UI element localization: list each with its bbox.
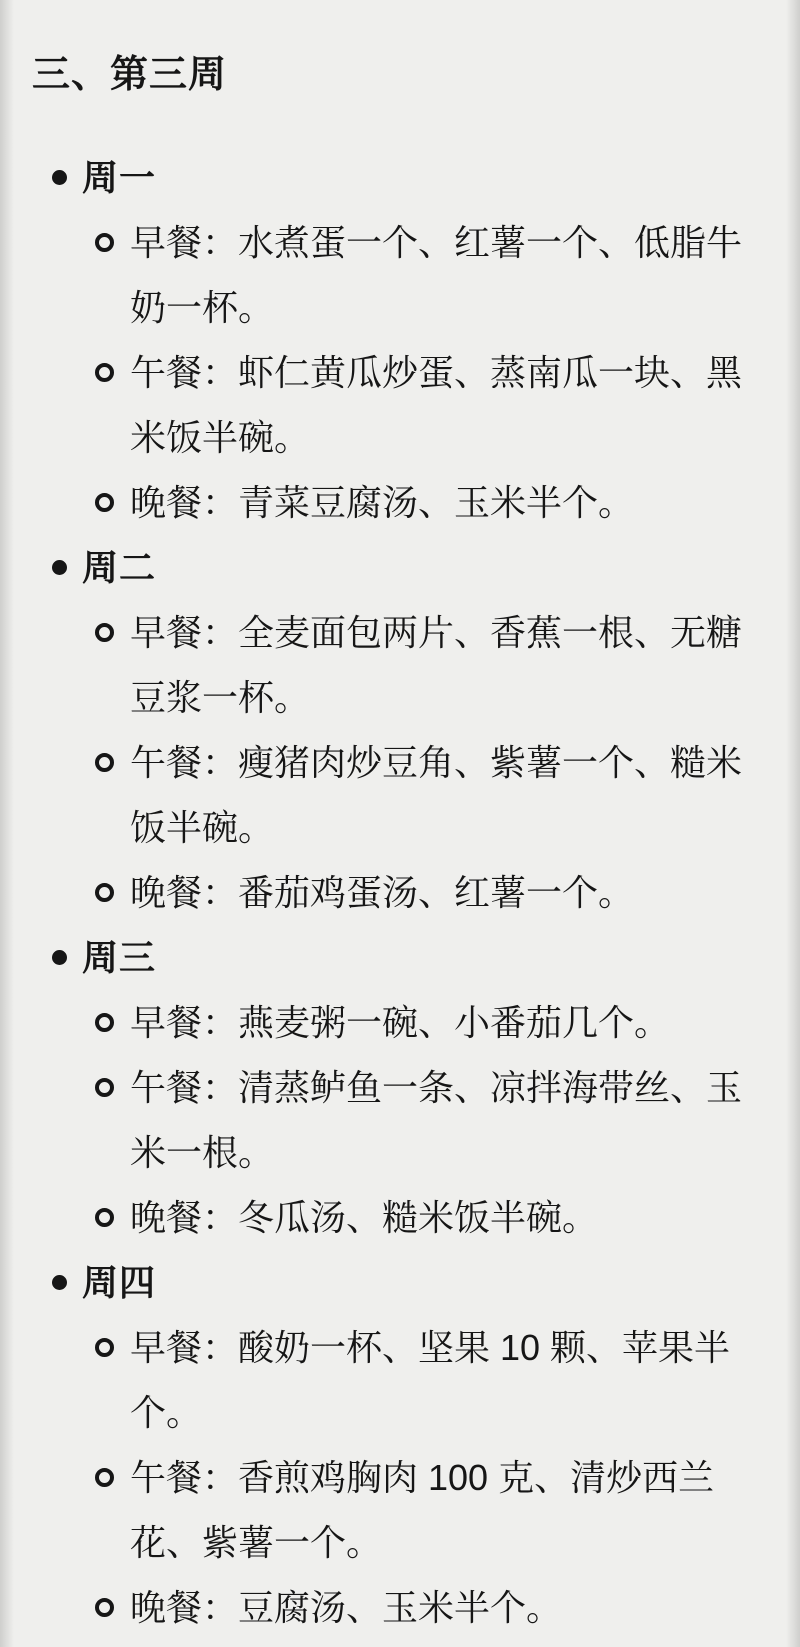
day-label: 周一 <box>82 145 156 210</box>
day-item-thursday: 周四 <box>32 1250 760 1315</box>
meal-item-breakfast: 早餐：全麦面包两片、香蕉一根、无糖豆浆一杯。 <box>32 600 760 730</box>
meal-item-breakfast: 早餐：燕麦粥一碗、小番茄几个。 <box>32 990 760 1055</box>
meal-text: 早餐：燕麦粥一碗、小番茄几个。 <box>130 990 748 1055</box>
meal-item-lunch: 午餐：香煎鸡胸肉 100 克、清炒西兰花、紫薯一个。 <box>32 1445 760 1575</box>
meal-item-dinner: 晚餐：豆腐汤、玉米半个。 <box>32 1575 760 1640</box>
meal-text: 午餐：虾仁黄瓜炒蛋、蒸南瓜一块、黑米饭半碗。 <box>130 340 748 470</box>
day-label: 周三 <box>82 925 156 990</box>
filled-bullet-icon <box>52 560 67 575</box>
open-circle-bullet-icon <box>95 1338 114 1357</box>
open-circle-bullet-icon <box>95 1078 114 1097</box>
day-item-tuesday: 周二 <box>32 535 760 600</box>
filled-bullet-icon <box>52 1275 67 1290</box>
meal-text: 早餐：全麦面包两片、香蕉一根、无糖豆浆一杯。 <box>130 600 748 730</box>
meal-text: 晚餐：青菜豆腐汤、玉米半个。 <box>130 470 748 535</box>
day-item-wednesday: 周三 <box>32 925 760 990</box>
day-label: 周四 <box>82 1250 156 1315</box>
section-heading: 三、第三周 <box>32 48 760 103</box>
meal-item-lunch: 午餐：瘦猪肉炒豆角、紫薯一个、糙米饭半碗。 <box>32 730 760 860</box>
meal-item-dinner: 晚餐：青菜豆腐汤、玉米半个。 <box>32 470 760 535</box>
meal-text: 早餐：水煮蛋一个、红薯一个、低脂牛奶一杯。 <box>130 210 748 340</box>
meal-text: 午餐：清蒸鲈鱼一条、凉拌海带丝、玉米一根。 <box>130 1055 748 1185</box>
open-circle-bullet-icon <box>95 753 114 772</box>
open-circle-bullet-icon <box>95 493 114 512</box>
meal-text: 晚餐：番茄鸡蛋汤、红薯一个。 <box>130 860 748 925</box>
meal-text: 早餐：酸奶一杯、坚果 10 颗、苹果半个。 <box>130 1315 748 1445</box>
open-circle-bullet-icon <box>95 1208 114 1227</box>
open-circle-bullet-icon <box>95 883 114 902</box>
filled-bullet-icon <box>52 170 67 185</box>
meal-item-breakfast: 早餐：酸奶一杯、坚果 10 颗、苹果半个。 <box>32 1315 760 1445</box>
day-item-monday: 周一 <box>32 145 760 210</box>
meal-text: 晚餐：豆腐汤、玉米半个。 <box>130 1575 748 1640</box>
open-circle-bullet-icon <box>95 363 114 382</box>
meal-item-breakfast: 早餐：水煮蛋一个、红薯一个、低脂牛奶一杯。 <box>32 210 760 340</box>
meal-plan-page: 三、第三周 周一 早餐：水煮蛋一个、红薯一个、低脂牛奶一杯。 午餐：虾仁黄瓜炒蛋… <box>0 0 800 1640</box>
meal-text: 晚餐：冬瓜汤、糙米饭半碗。 <box>130 1185 748 1250</box>
open-circle-bullet-icon <box>95 1598 114 1617</box>
meal-item-lunch: 午餐：清蒸鲈鱼一条、凉拌海带丝、玉米一根。 <box>32 1055 760 1185</box>
meal-item-lunch: 午餐：虾仁黄瓜炒蛋、蒸南瓜一块、黑米饭半碗。 <box>32 340 760 470</box>
open-circle-bullet-icon <box>95 233 114 252</box>
meal-text: 午餐：香煎鸡胸肉 100 克、清炒西兰花、紫薯一个。 <box>130 1445 748 1575</box>
open-circle-bullet-icon <box>95 623 114 642</box>
open-circle-bullet-icon <box>95 1013 114 1032</box>
day-label: 周二 <box>82 535 156 600</box>
filled-bullet-icon <box>52 950 67 965</box>
meal-text: 午餐：瘦猪肉炒豆角、紫薯一个、糙米饭半碗。 <box>130 730 748 860</box>
meal-item-dinner: 晚餐：番茄鸡蛋汤、红薯一个。 <box>32 860 760 925</box>
meal-item-dinner: 晚餐：冬瓜汤、糙米饭半碗。 <box>32 1185 760 1250</box>
open-circle-bullet-icon <box>95 1468 114 1487</box>
